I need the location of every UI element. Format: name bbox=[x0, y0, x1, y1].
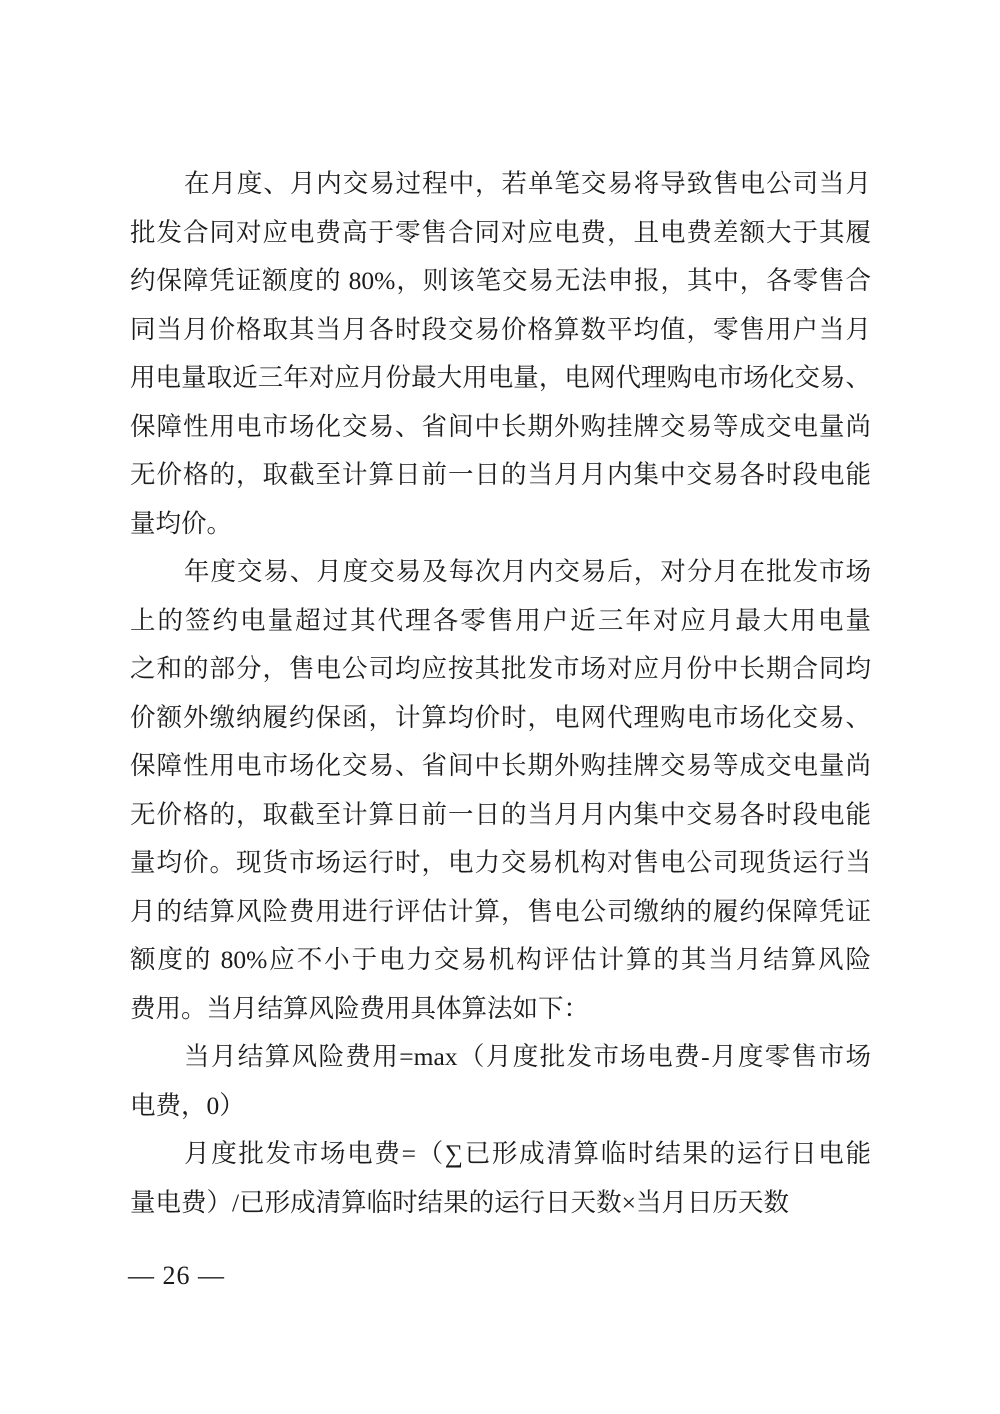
page-number: — 26 — bbox=[128, 1260, 225, 1292]
document-page: 在月度、月内交易过程中，若单笔交易将导致售电公司当月 批发合同对应电费高于零售合… bbox=[0, 0, 1000, 1414]
text-line: 费用。当月结算风险费用具体算法如下： bbox=[130, 985, 871, 1034]
paragraph-1: 在月度、月内交易过程中，若单笔交易将导致售电公司当月 批发合同对应电费高于零售合… bbox=[130, 160, 871, 548]
text-line: 月的结算风险费用进行评估计算，售电公司缴纳的履约保障凭证 bbox=[130, 888, 871, 937]
text-line: 同当月价格取其当月各时段交易价格算数平均值，零售用户当月 bbox=[130, 306, 871, 355]
text-line: 月度批发市场电费=（∑已形成清算临时结果的运行日电能 bbox=[130, 1130, 871, 1179]
text-line: 无价格的，取截至计算日前一日的当月月内集中交易各时段电能 bbox=[130, 791, 871, 840]
text-line: 量均价。 bbox=[130, 500, 871, 549]
paragraph-3-formula: 当月结算风险费用=max（月度批发市场电费-月度零售市场 电费，0） bbox=[130, 1033, 871, 1130]
paragraph-4-formula: 月度批发市场电费=（∑已形成清算临时结果的运行日电能 量电费）/已形成清算临时结… bbox=[130, 1130, 871, 1227]
text-line: 无价格的，取截至计算日前一日的当月月内集中交易各时段电能 bbox=[130, 451, 871, 500]
text-line: 约保障凭证额度的 80%，则该笔交易无法申报，其中，各零售合 bbox=[130, 257, 871, 306]
text-line: 上的签约电量超过其代理各零售用户近三年对应月最大用电量 bbox=[130, 597, 871, 646]
text-line: 价额外缴纳履约保函，计算均价时，电网代理购电市场化交易、 bbox=[130, 694, 871, 743]
text-line: 年度交易、月度交易及每次月内交易后，对分月在批发市场 bbox=[130, 548, 871, 597]
text-line: 批发合同对应电费高于零售合同对应电费，且电费差额大于其履 bbox=[130, 209, 871, 258]
text-line: 量电费）/已形成清算临时结果的运行日天数×当月日历天数 bbox=[130, 1179, 871, 1228]
paragraph-2: 年度交易、月度交易及每次月内交易后，对分月在批发市场 上的签约电量超过其代理各零… bbox=[130, 548, 871, 1033]
text-line: 保障性用电市场化交易、省间中长期外购挂牌交易等成交电量尚 bbox=[130, 742, 871, 791]
text-line: 量均价。现货市场运行时，电力交易机构对售电公司现货运行当 bbox=[130, 839, 871, 888]
text-line: 当月结算风险费用=max（月度批发市场电费-月度零售市场 bbox=[130, 1033, 871, 1082]
document-body: 在月度、月内交易过程中，若单笔交易将导致售电公司当月 批发合同对应电费高于零售合… bbox=[130, 160, 871, 1227]
text-line: 用电量取近三年对应月份最大用电量，电网代理购电市场化交易、 bbox=[130, 354, 871, 403]
text-line: 保障性用电市场化交易、省间中长期外购挂牌交易等成交电量尚 bbox=[130, 403, 871, 452]
text-line: 之和的部分，售电公司均应按其批发市场对应月份中长期合同均 bbox=[130, 645, 871, 694]
text-line: 电费，0） bbox=[130, 1082, 871, 1131]
text-line: 额度的 80%应不小于电力交易机构评估计算的其当月结算风险 bbox=[130, 936, 871, 985]
text-line: 在月度、月内交易过程中，若单笔交易将导致售电公司当月 bbox=[130, 160, 871, 209]
